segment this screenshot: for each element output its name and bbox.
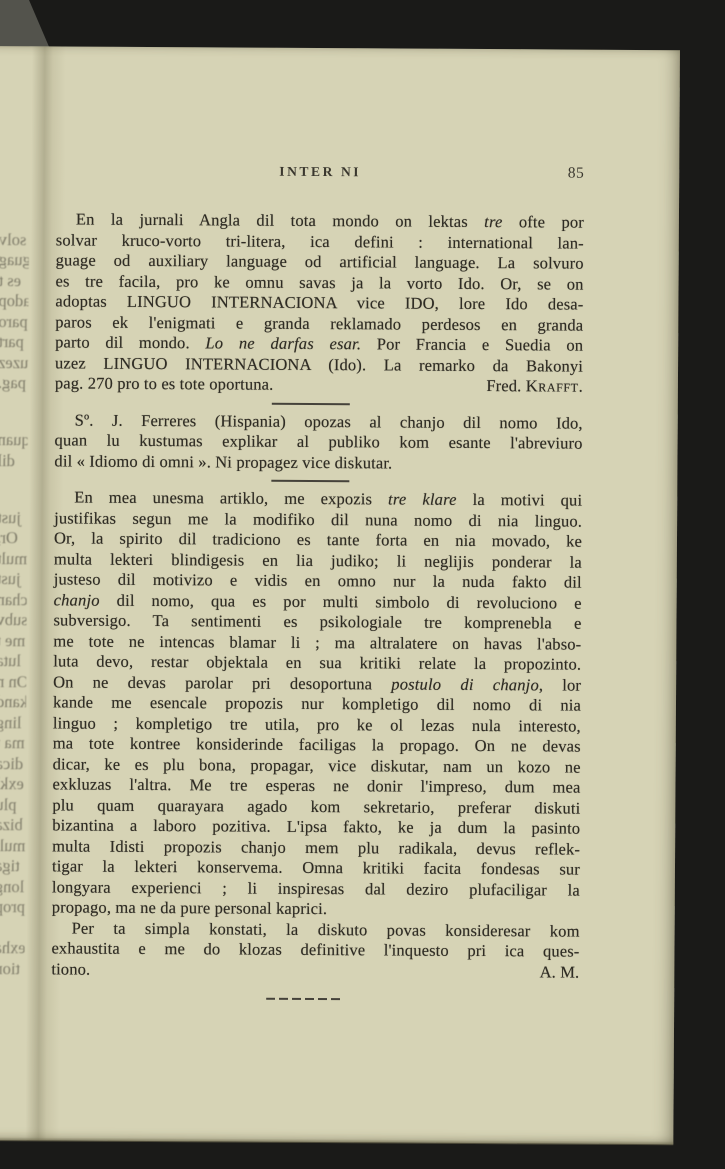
- mirror-strip-row: tion: [0, 959, 24, 980]
- mirror-strip-row: [0, 209, 29, 230]
- mirror-strip-row: Or,: [0, 528, 27, 549]
- mirror-strip-row: chan: [0, 590, 27, 611]
- mirror-fragment: quan: [0, 430, 28, 451]
- text-line: propago, ma ne da pure personal kaprici.: [52, 897, 580, 921]
- mirror-fragment: me t: [0, 631, 25, 652]
- mirror-strip-row: paro: [0, 312, 28, 333]
- mirror-strip-row: kand: [0, 692, 26, 713]
- mirror-fragment: tion: [0, 959, 20, 980]
- mirror-strip-row: exha: [0, 938, 25, 959]
- mirror-fragment: luta: [0, 651, 21, 672]
- running-title: INTER NI: [56, 162, 584, 181]
- mirror-strip-row: just: [0, 508, 27, 529]
- mirror-fragment: dil: [0, 451, 15, 472]
- mirror-fragment: chan: [0, 590, 27, 611]
- mirror-fragment: part: [0, 332, 24, 353]
- mirror-fragment: adop: [0, 291, 29, 312]
- book-page: INTER NI 85 solvguages tadopparopartuzez…: [0, 46, 680, 1144]
- mirror-strip-row: me t: [0, 631, 26, 652]
- text-line: subversigo. Ta sentimenti es psikologial…: [53, 610, 581, 634]
- mirror-strip-row: quan: [0, 430, 28, 451]
- mirror-strip-spacer: [0, 471, 27, 487]
- mirror-strip-row: ma t: [0, 733, 26, 754]
- mirror-strip-row: mult: [0, 836, 25, 857]
- mirror-strip-row: luta: [0, 651, 26, 672]
- mirror-strip-row: part: [0, 332, 28, 353]
- page-header: INTER NI 85: [56, 162, 584, 187]
- mirror-fragment: ling: [0, 713, 22, 734]
- section-divider: [54, 471, 582, 490]
- mirror-strip-row: [0, 487, 27, 508]
- text-line: exkluzas l'altra. Me tre esperas ne doni…: [52, 774, 580, 798]
- text-line: ma tote kontree konsiderinde faciligas l…: [53, 733, 581, 757]
- mirror-strip-row: [0, 918, 25, 939]
- mirror-strip-row: prop: [0, 897, 25, 918]
- mirror-fragment: uzez: [0, 353, 28, 374]
- mirror-fragment: exha: [0, 938, 25, 959]
- mirror-strip-row: es t: [0, 271, 29, 292]
- mirror-strip-row: adop: [0, 291, 29, 312]
- mirror-fragment: tiga: [0, 856, 20, 877]
- mirror-fragment: plu: [0, 795, 17, 816]
- mirror-fragment: biza: [0, 815, 23, 836]
- mirror-strip-row: pag.: [0, 373, 28, 394]
- mirror-fragment: Or,: [0, 528, 18, 549]
- text-line: guage od auxiliary language od artificia…: [56, 250, 584, 274]
- text-line: exhaustita e me do klozas definitive l'i…: [51, 938, 579, 962]
- mirror-fragment: ma t: [0, 733, 25, 754]
- mirror-fragment: dica: [0, 754, 23, 775]
- mirror-strip: solvguages tadopparopartuzezpag.quandil …: [0, 209, 29, 1009]
- mirror-strip-row: plu: [0, 795, 25, 816]
- mirror-strip-row: On n: [0, 672, 26, 693]
- section-divider: [55, 394, 583, 413]
- text-block: En la jurnali Angla dil tota mondo on le…: [51, 209, 584, 1012]
- mirror-fragment: long: [0, 877, 24, 898]
- mirror-fragment: On n: [0, 672, 26, 693]
- text-line: quan lu kustumas explikar al publiko kom…: [55, 430, 583, 454]
- mirror-strip-row: ling: [0, 713, 26, 734]
- section-divider: [51, 979, 579, 1012]
- mirror-strip-spacer: [0, 394, 28, 410]
- book-edge-wedge: [0, 0, 50, 49]
- mirror-strip-row: exkl: [0, 774, 26, 795]
- text-line: bizantina a laboro pozitiva. L'ipsa fakt…: [52, 815, 580, 839]
- mirror-fragment: es t: [0, 271, 21, 292]
- mirror-fragment: kand: [0, 692, 26, 713]
- mirror-fragment: solv: [0, 230, 26, 251]
- mirror-fragment: just: [0, 569, 21, 590]
- mirror-strip-row: dil: [0, 451, 28, 472]
- page-number: 85: [568, 165, 585, 183]
- text-line: tigar la lekteri konservema. Omna kritik…: [52, 856, 580, 880]
- mirror-fragment: guag: [0, 250, 29, 271]
- text-line: adoptas LINGUO INTERNACIONA vice IDO, lo…: [55, 291, 583, 315]
- scanned-book-photo: { "colors":{ "background":"#1a1a18", "pa…: [0, 0, 725, 1169]
- text-line: justeso dil motivizo e vidis en omno nur…: [54, 569, 582, 593]
- text-line: luta devo, restar objektala en sua kriti…: [53, 651, 581, 675]
- text-line: Or, la spirito dil tradiciono es tante f…: [54, 528, 582, 552]
- mirror-strip-row: dica: [0, 754, 26, 775]
- text-line: kande me esencale propozis nur kompletig…: [53, 692, 581, 716]
- mirror-strip-row: mult: [0, 549, 27, 570]
- mirror-strip-row: guag: [0, 250, 29, 271]
- mirror-fragment: prop: [0, 897, 25, 918]
- mirror-strip-row: uzez: [0, 353, 28, 374]
- mirror-strip-row: subv: [0, 610, 27, 631]
- mirror-fragment: just: [0, 508, 21, 529]
- mirror-strip-row: biza: [0, 815, 25, 836]
- mirror-fragment: paro: [0, 312, 28, 333]
- mirror-strip-row: [0, 410, 28, 431]
- text-line: En mea unesma artiklo, me expozis tre kl…: [54, 487, 582, 511]
- mirror-fragment: subv: [0, 610, 27, 631]
- mirror-fragment: exkl: [0, 774, 24, 795]
- mirror-strip-row: tiga: [0, 856, 25, 877]
- text-line: parto dil mondo. Lo ne darfas esar. Por …: [55, 332, 583, 356]
- mirror-strip-spacer: [0, 979, 24, 1009]
- text-line: En la jurnali Angla dil tota mondo on le…: [56, 209, 584, 233]
- mirror-fragment: pag.: [0, 373, 26, 394]
- mirror-fragment: mult: [0, 836, 25, 857]
- mirror-strip-row: just: [0, 569, 27, 590]
- mirror-fragment: mult: [0, 549, 27, 570]
- mirror-strip-row: long: [0, 877, 25, 898]
- mirror-strip-row: solv: [0, 230, 29, 251]
